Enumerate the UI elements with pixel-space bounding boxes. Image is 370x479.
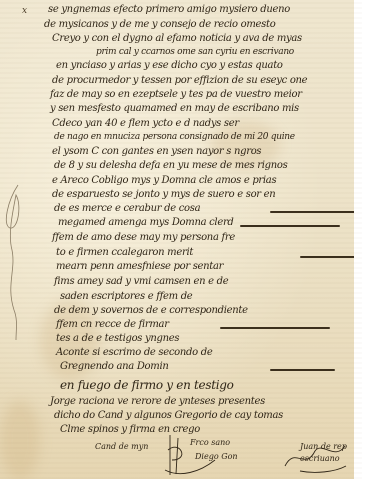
text-line: dicho do Cand y algunos Gregorio de cay … [54,410,283,421]
signature-rubric-icon [160,430,220,479]
text-line: megamed amenga mys Domna clerd [58,217,234,228]
text-line: de procurmedor y tessen por effizion de … [52,75,307,86]
text-line: saden escriptores e ffem de [60,291,192,302]
text-line: tes a de e testigos yngnes [56,333,179,344]
text-line: Gregnendo ana Domin [60,361,169,372]
text-line: Aconte si escrimo de secondo de [56,347,212,358]
manuscript-page: x se yngnemas efecto primero amigo mysie… [0,0,362,479]
text-line: ffem cn recce de firmar [56,319,169,330]
text-line: de 8 y su delesha defa en yu mese de mes… [54,160,287,171]
line-filler-stroke [270,211,360,213]
text-line: se yngnemas efecto primero amigo mysiero… [48,4,290,15]
text-line: e Areco Cobligo mys y Domna cle amos e p… [52,175,276,186]
text-line: prim cal y ccarnos ome san cyriu en escr… [96,47,294,57]
text-line: Jorge raciona ve rerore de ynteses prese… [50,396,265,407]
text-line: Creyo y con el dygno al efamo noticia y … [52,33,302,44]
text-line: en ynciaso y arias y ese dicho cyo y est… [56,60,283,71]
line-filler-stroke [220,327,330,329]
text-line: de nago en mnuciza persona consignado de… [54,132,295,142]
text-line: mearn penn amesfniese por sentar [56,261,223,272]
signature-rubric-icon [280,436,350,476]
text-line: en fuego de firmo y en testigo [60,378,234,392]
text-line: Cdeco yan 40 e flem ycto e d nadys ser [52,118,239,129]
text-line: faz de may so en ezeptsele y tes pa de v… [50,89,302,100]
text-line: de dem y sovernos de e correspondiente [54,305,248,316]
text-line: ffem de amo dese may my persona fre [52,232,235,243]
margin-flourish-icon [0,0,60,479]
text-line: de es merce e cerabur de cosa [54,203,200,214]
text-line: fims amey sad y vmi camsen en e de [54,276,228,287]
text-line: de mysicanos y de me y consejo de recio … [44,19,275,30]
text-line: de esparuesto se jonto y mys de suero e … [52,189,275,200]
scan-edge [354,0,362,479]
text-line: y sen mesfesto quamamed en may de escrib… [50,103,299,114]
line-filler-stroke [240,225,340,227]
line-filler-stroke [270,369,335,371]
line-filler-stroke [300,256,355,258]
text-line: el ysom C con gantes en ysen nayor s ngr… [52,146,261,157]
signature: Cand de myn [95,442,148,451]
text-line: to e firmen ccalegaron merit [56,247,193,258]
